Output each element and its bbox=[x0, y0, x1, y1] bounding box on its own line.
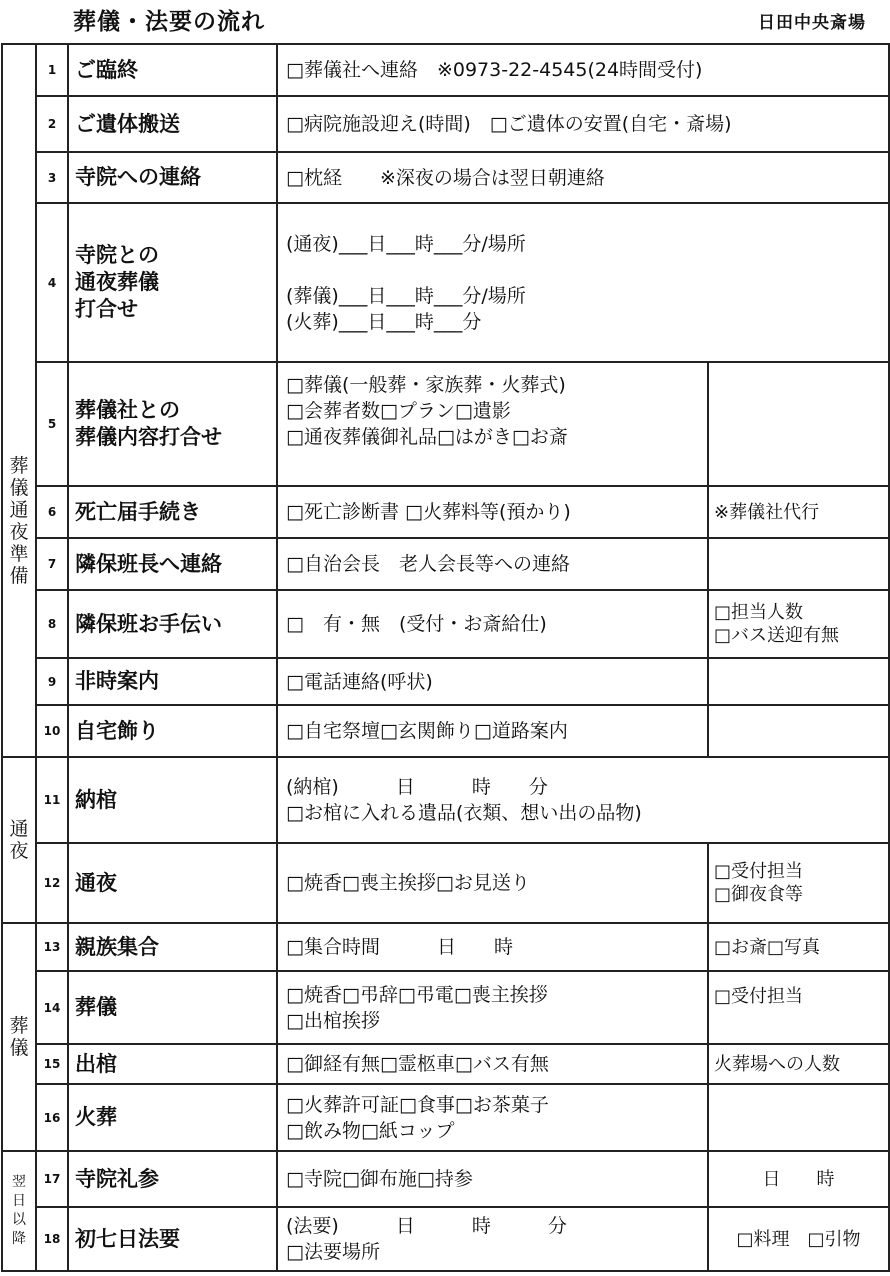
phase-label-wake: 通夜 bbox=[2, 757, 36, 923]
table-row: 15出棺□御経有無□霊柩車□バス有無火葬場への人数 bbox=[2, 1044, 889, 1084]
step-number: 15 bbox=[36, 1044, 68, 1084]
step-number: 12 bbox=[36, 843, 68, 923]
step-detail: □焼香□弔辞□弔電□喪主挨拶□出棺挨拶 bbox=[277, 971, 708, 1044]
step-name-line: 納棺 bbox=[75, 787, 276, 814]
phase-char: 夜 bbox=[3, 840, 35, 862]
note-line: □お斎□写真 bbox=[714, 936, 888, 959]
step-number: 3 bbox=[36, 152, 68, 203]
step-name: 死亡届手続き bbox=[68, 486, 277, 538]
step-detail: □自宅祭壇□玄関飾り□道路案内 bbox=[277, 705, 708, 757]
phase-char: 儀 bbox=[3, 1037, 35, 1059]
step-name: ご遺体搬送 bbox=[68, 96, 277, 152]
detail-line: (納棺) 日 時 分 bbox=[286, 774, 888, 800]
table-row: 通夜11納棺(納棺) 日 時 分□お棺に入れる遺品(衣類、想い出の品物) bbox=[2, 757, 889, 843]
detail-line: (通夜)___日___時___分/場所 bbox=[286, 231, 888, 257]
detail-line: □自宅祭壇□玄関飾り□道路案内 bbox=[286, 718, 707, 744]
table-row: 8隣保班お手伝い□ 有・無 (受付・お斎給仕)□担当人数□バス送迎有無 bbox=[2, 590, 889, 658]
step-number: 7 bbox=[36, 538, 68, 590]
step-number: 8 bbox=[36, 590, 68, 658]
step-detail: □電話連絡(呼状) bbox=[277, 658, 708, 705]
step-name: 隣保班長へ連絡 bbox=[68, 538, 277, 590]
phase-char: 降 bbox=[3, 1230, 35, 1249]
detail-line: □葬儀社へ連絡 ※0973-22-4545(24時間受付) bbox=[286, 57, 888, 83]
detail-line: □飲み物□紙コップ bbox=[286, 1118, 707, 1144]
step-name: 寺院への連絡 bbox=[68, 152, 277, 203]
step-name: 葬儀社との葬儀内容打合せ bbox=[68, 362, 277, 486]
detail-line: (火葬)___日___時___分 bbox=[286, 309, 888, 335]
step-name: 納棺 bbox=[68, 757, 277, 843]
detail-line: □枕経 ※深夜の場合は翌日朝連絡 bbox=[286, 165, 888, 191]
phase-char: 翌 bbox=[3, 1173, 35, 1192]
step-note bbox=[708, 362, 889, 486]
detail-line: (法要) 日 時 分 bbox=[286, 1213, 707, 1239]
note-line: 火葬場への人数 bbox=[714, 1053, 888, 1076]
step-number: 16 bbox=[36, 1084, 68, 1151]
step-detail: □自治会長 老人会長等への連絡 bbox=[277, 538, 708, 590]
step-detail: □死亡診断書 □火葬料等(預かり) bbox=[277, 486, 708, 538]
step-name: 火葬 bbox=[68, 1084, 277, 1151]
step-name: 出棺 bbox=[68, 1044, 277, 1084]
step-number: 6 bbox=[36, 486, 68, 538]
phase-label-prep: 葬儀通夜準備 bbox=[2, 44, 36, 757]
step-note bbox=[708, 658, 889, 705]
step-name: 隣保班お手伝い bbox=[68, 590, 277, 658]
step-name: 寺院礼参 bbox=[68, 1151, 277, 1207]
table-row: 2ご遺体搬送□病院施設迎え(時間) □ご遺体の安置(自宅・斎場) bbox=[2, 96, 889, 152]
table-row: 3寺院への連絡□枕経 ※深夜の場合は翌日朝連絡 bbox=[2, 152, 889, 203]
table-row: 10自宅飾り□自宅祭壇□玄関飾り□道路案内 bbox=[2, 705, 889, 757]
detail-line: □法要場所 bbox=[286, 1239, 707, 1265]
step-name-line: 寺院への連絡 bbox=[75, 164, 276, 191]
table-row: 葬儀13親族集合□集合時間 日 時□お斎□写真 bbox=[2, 923, 889, 971]
step-name-line: 葬儀 bbox=[75, 994, 276, 1021]
step-name: 寺院との通夜葬儀打合せ bbox=[68, 203, 277, 362]
step-detail: (法要) 日 時 分□法要場所 bbox=[277, 1207, 708, 1271]
step-name: 自宅飾り bbox=[68, 705, 277, 757]
phase-label-after: 翌日以降 bbox=[2, 1151, 36, 1271]
step-name-line: 火葬 bbox=[75, 1104, 276, 1131]
step-detail: □葬儀社へ連絡 ※0973-22-4545(24時間受付) bbox=[277, 44, 889, 96]
step-note: □料理 □引物 bbox=[708, 1207, 889, 1271]
step-detail: □病院施設迎え(時間) □ご遺体の安置(自宅・斎場) bbox=[277, 96, 889, 152]
phase-char: 日 bbox=[3, 1192, 35, 1211]
step-detail: (納棺) 日 時 分□お棺に入れる遺品(衣類、想い出の品物) bbox=[277, 757, 889, 843]
table-row: 葬儀通夜準備1ご臨終□葬儀社へ連絡 ※0973-22-4545(24時間受付) bbox=[2, 44, 889, 96]
step-name-line: 通夜 bbox=[75, 870, 276, 897]
step-number: 4 bbox=[36, 203, 68, 362]
phase-char: 葬 bbox=[3, 455, 35, 477]
step-detail: □枕経 ※深夜の場合は翌日朝連絡 bbox=[277, 152, 889, 203]
step-detail: □集合時間 日 時 bbox=[277, 923, 708, 971]
step-detail: □火葬許可証□食事□お茶菓子□飲み物□紙コップ bbox=[277, 1084, 708, 1151]
phase-char: 通 bbox=[3, 499, 35, 521]
step-name-line: 寺院礼参 bbox=[75, 1166, 276, 1193]
detail-line: □出棺挨拶 bbox=[286, 1008, 707, 1034]
step-note: □担当人数□バス送迎有無 bbox=[708, 590, 889, 658]
phase-char: 準 bbox=[3, 543, 35, 565]
step-detail: □葬儀(一般葬・家族葬・火葬式)□会葬者数□プラン□遺影□通夜葬儀御礼品□はがき… bbox=[277, 362, 708, 486]
table-row: 4寺院との通夜葬儀打合せ(通夜)___日___時___分/場所 (葬儀)___日… bbox=[2, 203, 889, 362]
step-note: □受付担当 bbox=[708, 971, 889, 1044]
phase-label-funeral: 葬儀 bbox=[2, 923, 36, 1151]
detail-line: (葬儀)___日___時___分/場所 bbox=[286, 283, 888, 309]
table-row: 5葬儀社との葬儀内容打合せ□葬儀(一般葬・家族葬・火葬式)□会葬者数□プラン□遺… bbox=[2, 362, 889, 486]
detail-line: □電話連絡(呼状) bbox=[286, 669, 707, 695]
step-number: 1 bbox=[36, 44, 68, 96]
detail-line: □会葬者数□プラン□遺影 bbox=[286, 398, 707, 424]
step-name-line: ご臨終 bbox=[75, 57, 276, 84]
step-name: 非時案内 bbox=[68, 658, 277, 705]
step-note bbox=[708, 538, 889, 590]
step-detail: □ 有・無 (受付・お斎給仕) bbox=[277, 590, 708, 658]
step-name: 葬儀 bbox=[68, 971, 277, 1044]
step-number: 5 bbox=[36, 362, 68, 486]
note-line: ※葬儀社代行 bbox=[714, 501, 888, 524]
step-number: 17 bbox=[36, 1151, 68, 1207]
step-number: 11 bbox=[36, 757, 68, 843]
table-row: 12通夜□焼香□喪主挨拶□お見送り□受付担当□御夜食等 bbox=[2, 843, 889, 923]
step-name-line: 親族集合 bbox=[75, 934, 276, 961]
detail-line: □集合時間 日 時 bbox=[286, 934, 707, 960]
note-line: □受付担当 bbox=[714, 985, 888, 1008]
detail-line: □焼香□弔辞□弔電□喪主挨拶 bbox=[286, 982, 707, 1008]
step-name-line: 非時案内 bbox=[75, 668, 276, 695]
step-note: □受付担当□御夜食等 bbox=[708, 843, 889, 923]
detail-line bbox=[286, 257, 888, 283]
table-row: 9非時案内□電話連絡(呼状) bbox=[2, 658, 889, 705]
detail-line: □火葬許可証□食事□お茶菓子 bbox=[286, 1092, 707, 1118]
step-note: ※葬儀社代行 bbox=[708, 486, 889, 538]
phase-char: 夜 bbox=[3, 521, 35, 543]
phase-char: 備 bbox=[3, 565, 35, 587]
step-number: 2 bbox=[36, 96, 68, 152]
step-number: 14 bbox=[36, 971, 68, 1044]
note-line: 日 時 bbox=[709, 1168, 888, 1191]
step-name-line: 隣保班お手伝い bbox=[75, 611, 276, 638]
step-name: 親族集合 bbox=[68, 923, 277, 971]
step-detail: □焼香□喪主挨拶□お見送り bbox=[277, 843, 708, 923]
step-note bbox=[708, 1084, 889, 1151]
note-line: □料理 □引物 bbox=[709, 1228, 888, 1251]
step-number: 18 bbox=[36, 1207, 68, 1271]
table-row: 6死亡届手続き□死亡診断書 □火葬料等(預かり)※葬儀社代行 bbox=[2, 486, 889, 538]
note-line: □バス送迎有無 bbox=[714, 624, 888, 647]
step-detail: □寺院□御布施□持参 bbox=[277, 1151, 708, 1207]
step-detail: □御経有無□霊柩車□バス有無 bbox=[277, 1044, 708, 1084]
step-name-line: 打合せ bbox=[75, 296, 276, 323]
step-note: □お斎□写真 bbox=[708, 923, 889, 971]
note-line: □受付担当 bbox=[714, 860, 888, 883]
page-title: 葬儀・法要の流れ bbox=[73, 3, 265, 36]
detail-line: □自治会長 老人会長等への連絡 bbox=[286, 551, 707, 577]
step-number: 9 bbox=[36, 658, 68, 705]
note-line: □担当人数 bbox=[714, 601, 888, 624]
detail-line: □葬儀(一般葬・家族葬・火葬式) bbox=[286, 372, 707, 398]
detail-line: □焼香□喪主挨拶□お見送り bbox=[286, 870, 707, 896]
detail-line bbox=[286, 450, 707, 476]
table-row: 14葬儀□焼香□弔辞□弔電□喪主挨拶□出棺挨拶□受付担当 bbox=[2, 971, 889, 1044]
step-note bbox=[708, 705, 889, 757]
table-row: 16火葬□火葬許可証□食事□お茶菓子□飲み物□紙コップ bbox=[2, 1084, 889, 1151]
detail-line: □ 有・無 (受付・お斎給仕) bbox=[286, 611, 707, 637]
detail-line: □寺院□御布施□持参 bbox=[286, 1166, 707, 1192]
phase-char: 儀 bbox=[3, 477, 35, 499]
table-row: 18初七日法要(法要) 日 時 分□法要場所□料理 □引物 bbox=[2, 1207, 889, 1271]
step-name: 初七日法要 bbox=[68, 1207, 277, 1271]
note-line: □御夜食等 bbox=[714, 883, 888, 906]
step-name-line: 初七日法要 bbox=[75, 1226, 276, 1253]
step-name-line: 寺院との bbox=[75, 242, 276, 269]
step-number: 13 bbox=[36, 923, 68, 971]
detail-line: □通夜葬儀御礼品□はがき□お斎 bbox=[286, 424, 707, 450]
phase-char: 通 bbox=[3, 818, 35, 840]
detail-line: □病院施設迎え(時間) □ご遺体の安置(自宅・斎場) bbox=[286, 111, 888, 137]
step-name-line: 葬儀内容打合せ bbox=[75, 424, 276, 451]
phase-char: 以 bbox=[3, 1211, 35, 1230]
step-name-line: ご遺体搬送 bbox=[75, 111, 276, 138]
step-name: 通夜 bbox=[68, 843, 277, 923]
note-line bbox=[714, 1008, 888, 1031]
step-name-line: 通夜葬儀 bbox=[75, 269, 276, 296]
detail-line: □御経有無□霊柩車□バス有無 bbox=[286, 1051, 707, 1077]
table-row: 翌日以降17寺院礼参□寺院□御布施□持参日 時 bbox=[2, 1151, 889, 1207]
organization-name: 日田中央斎場 bbox=[758, 8, 866, 33]
step-name-line: 自宅飾り bbox=[75, 718, 276, 745]
phase-char: 葬 bbox=[3, 1015, 35, 1037]
funeral-flow-table: 葬儀通夜準備1ご臨終□葬儀社へ連絡 ※0973-22-4545(24時間受付)2… bbox=[1, 43, 890, 1272]
step-number: 10 bbox=[36, 705, 68, 757]
step-name-line: 葬儀社との bbox=[75, 397, 276, 424]
step-detail: (通夜)___日___時___分/場所 (葬儀)___日___時___分/場所(… bbox=[277, 203, 889, 362]
step-name: ご臨終 bbox=[68, 44, 277, 96]
step-name-line: 出棺 bbox=[75, 1051, 276, 1078]
table-row: 7隣保班長へ連絡□自治会長 老人会長等への連絡 bbox=[2, 538, 889, 590]
step-note: 火葬場への人数 bbox=[708, 1044, 889, 1084]
step-name-line: 隣保班長へ連絡 bbox=[75, 551, 276, 578]
detail-line: □死亡診断書 □火葬料等(預かり) bbox=[286, 499, 707, 525]
step-note: 日 時 bbox=[708, 1151, 889, 1207]
detail-line: □お棺に入れる遺品(衣類、想い出の品物) bbox=[286, 800, 888, 826]
step-name-line: 死亡届手続き bbox=[75, 499, 276, 526]
